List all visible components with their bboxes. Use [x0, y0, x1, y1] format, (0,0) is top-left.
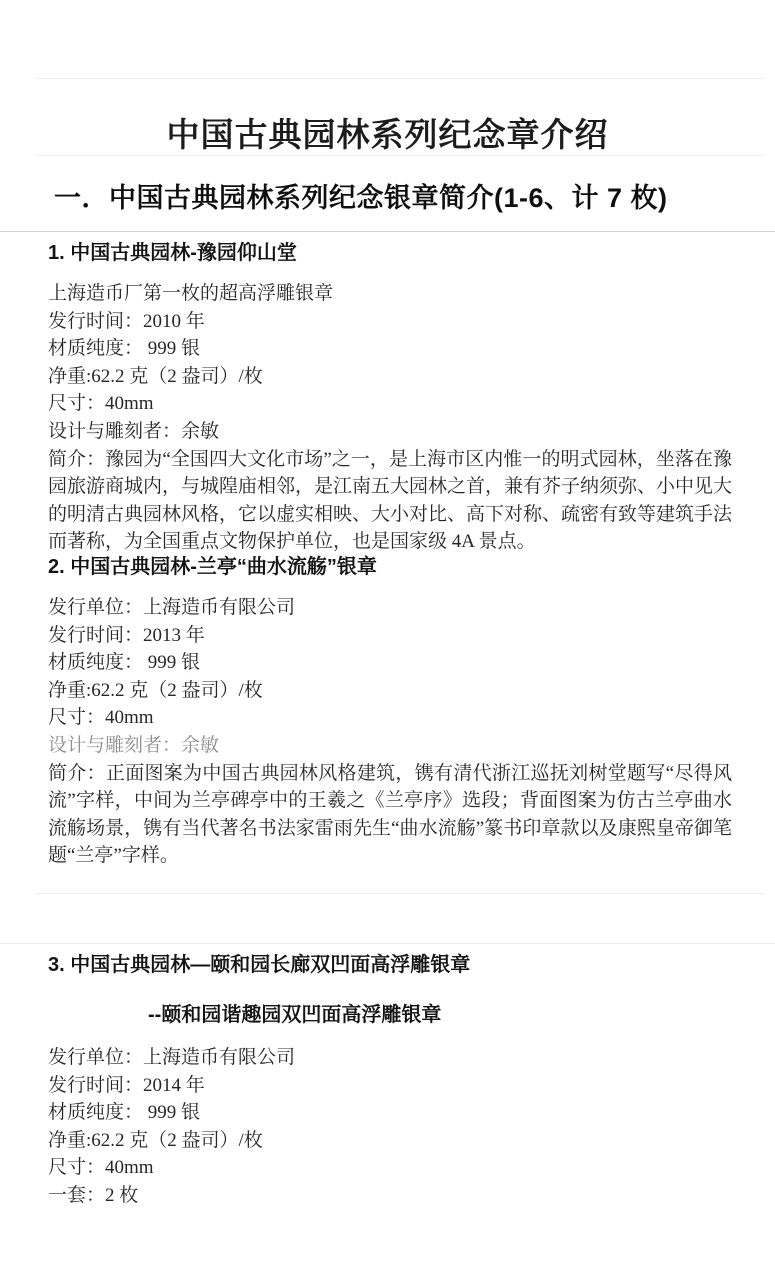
section-subheading: --颐和园谐趣园双凹面高浮雕银章: [148, 1002, 732, 1028]
spec-line-weight: 净重:62.2 克（2 盎司）/枚: [48, 677, 732, 705]
section-heading: 2. 中国古典园林-兰亭“曲水流觞”银章: [48, 554, 732, 580]
spec-line-size: 尺寸：40mm: [48, 704, 732, 732]
divider-top: [36, 78, 764, 79]
document-page: { "document": { "title": "中国古典园林系列纪念章介绍"…: [0, 0, 775, 1280]
section-heading: 3. 中国古典园林—颐和园长廊双凹面高浮雕银章: [48, 952, 732, 978]
divider-above-section-1: [0, 231, 775, 232]
spec-line-weight: 净重:62.2 克（2 盎司）/枚: [48, 363, 732, 391]
spec-line-size: 尺寸：40mm: [48, 1154, 732, 1182]
spec-line-set-count: 一套：2 枚: [48, 1182, 732, 1210]
main-heading: 一．中国古典园林系列纪念银章简介(1-6、计 7 枚): [54, 180, 744, 216]
section-heading: 1. 中国古典园林-豫园仰山堂: [48, 240, 732, 266]
intro-paragraph: 简介：正面图案为中国古典园林风格建筑，镌有清代浙江巡抚刘树堂题写“尽得风流”字样…: [48, 760, 732, 870]
spec-line-material: 材质纯度： 999 银: [48, 1099, 732, 1127]
spec-line-issuer: 发行单位：上海造币有限公司: [48, 1044, 732, 1072]
spec-line-material: 材质纯度： 999 银: [48, 335, 732, 363]
spec-line-weight: 净重:62.2 克（2 盎司）/枚: [48, 1127, 732, 1155]
section-lanting: 2. 中国古典园林-兰亭“曲水流觞”银章 发行单位：上海造币有限公司 发行时间：…: [48, 554, 732, 870]
spec-line-issue-date: 发行时间：2010 年: [48, 308, 732, 336]
divider-gap-lower: [0, 943, 775, 944]
spec-line-size: 尺寸：40mm: [48, 390, 732, 418]
section-yiheyuan: 3. 中国古典园林—颐和园长廊双凹面高浮雕银章 --颐和园谐趣园双凹面高浮雕银章…: [48, 952, 732, 1210]
spec-line-issuer: 发行单位：上海造币有限公司: [48, 594, 732, 622]
spec-line-designer: 设计与雕刻者：余敏: [48, 418, 732, 446]
intro-paragraph: 简介：豫园为“全国四大文化市场”之一，是上海市区内惟一的明式园林，坐落在豫园旅游…: [48, 446, 732, 556]
divider-gap-upper: [36, 893, 764, 894]
spec-line-issue-date: 发行时间：2013 年: [48, 622, 732, 650]
spec-line-issue-date: 发行时间：2014 年: [48, 1072, 732, 1100]
page-title: 中国古典园林系列纪念章介绍: [0, 114, 775, 158]
spec-line-material: 材质纯度： 999 银: [48, 649, 732, 677]
section-yuyuan: 1. 中国古典园林-豫园仰山堂 上海造币厂第一枚的超高浮雕银章 发行时间：201…: [48, 240, 732, 556]
spec-line-designer: 设计与雕刻者：余敏: [48, 732, 732, 760]
divider-under-title: [36, 155, 764, 156]
spec-line-issuer-note: 上海造币厂第一枚的超高浮雕银章: [48, 280, 732, 308]
